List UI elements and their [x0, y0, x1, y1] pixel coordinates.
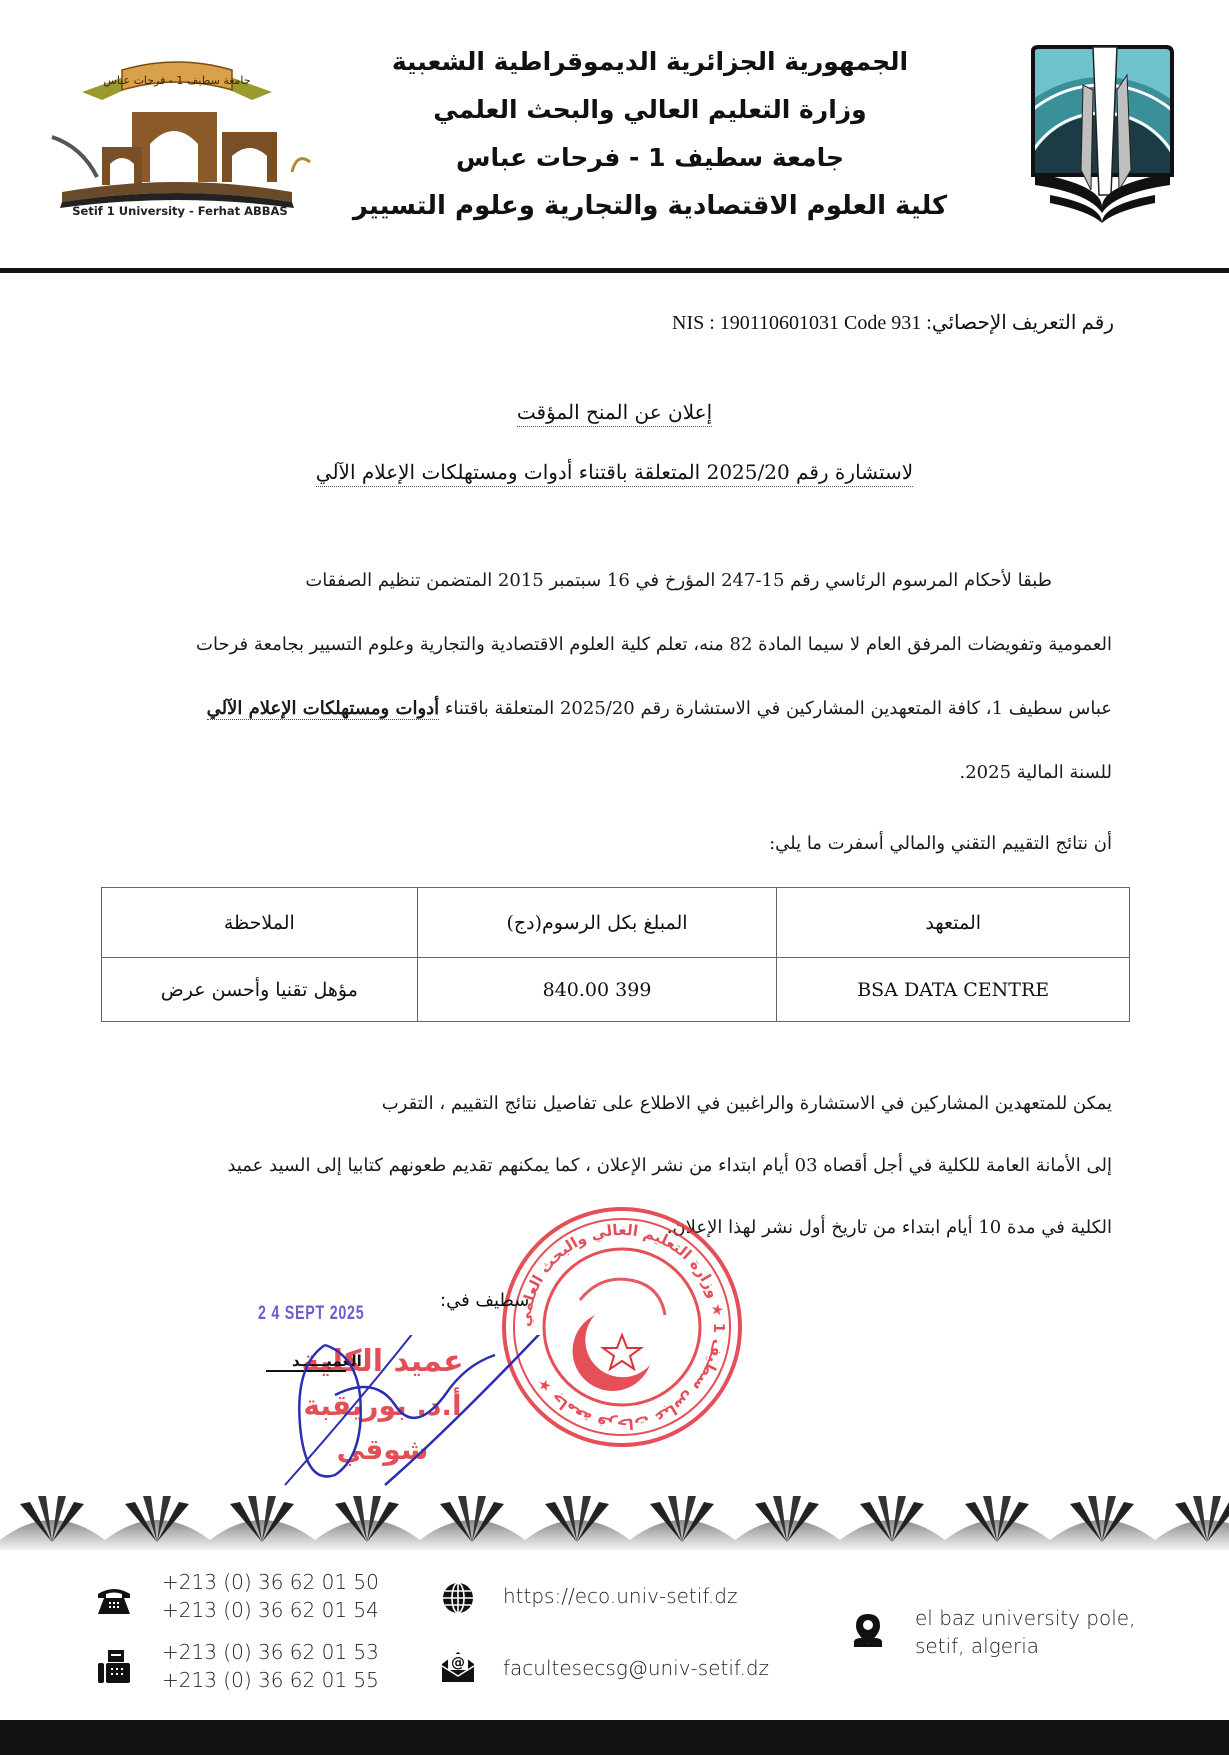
address-line: el baz university pole,: [915, 1604, 1135, 1632]
nis-label: رقم التعريف الإحصائي:: [926, 312, 1114, 334]
city-date-label: سطيف في:: [440, 1290, 529, 1311]
closing-line: إلى الأمانة العامة للكلية في أجل أقصاه 0…: [112, 1155, 1112, 1176]
website-link[interactable]: https://eco.univ-setif.dz: [503, 1582, 737, 1610]
fax-number[interactable]: +213 (0) 36 62 01 53: [162, 1638, 379, 1666]
results-intro: أن نتائج التقييم التقني والمالي أسفرت ما…: [112, 833, 1112, 863]
republic-title: الجمهورية الجزائرية الديموقراطية الشعبية: [330, 38, 970, 86]
email-link[interactable]: facultesecsg@univ-setif.dz: [503, 1654, 769, 1682]
header-note: الملاحظة: [102, 888, 418, 958]
cell-amount: 399 840.00: [417, 958, 777, 1022]
table-row: BSA DATA CENTRE 399 840.00 مؤهل تقنيا وأ…: [102, 958, 1130, 1022]
globe-icon: [440, 1580, 476, 1616]
date-stamp: 2 4 SEPT 2025: [258, 1303, 364, 1325]
faculty-title: كلية العلوم الاقتصادية والتجارية وعلوم ا…: [330, 182, 970, 230]
decorative-border: [0, 1490, 1229, 1550]
closing-line: يمكن للمتعهدين المشاركين في الاستشارة وا…: [112, 1093, 1112, 1114]
footer-contact: +213 (0) 36 62 01 50 +213 (0) 36 62 01 5…: [0, 1560, 1229, 1700]
svg-text:جامعة سطيف 1 - فرحات عباس: جامعة سطيف 1 - فرحات عباس: [103, 74, 250, 87]
footer-bar: [0, 1720, 1229, 1755]
location-pin-icon: [850, 1612, 886, 1648]
header-titles: الجمهورية الجزائرية الديموقراطية الشعبية…: [330, 38, 970, 230]
phone-number[interactable]: +213 (0) 36 62 01 54: [162, 1596, 379, 1624]
results-table: المتعهد المبلغ بكل الرسوم(دج) الملاحظة B…: [101, 887, 1130, 1022]
nis-value: NIS : 190110601031 Code 931: [672, 312, 921, 334]
announcement-title: إعلان عن المنح المؤقت: [0, 400, 1229, 424]
body-line: طبقا لأحكام المرسوم الرئاسي رقم 15-247 ا…: [112, 570, 1052, 591]
letterhead: جامعة سطيف 1 - فرحات عباس Setif 1 Univer…: [0, 0, 1229, 272]
phone-number[interactable]: +213 (0) 36 62 01 50: [162, 1568, 379, 1596]
handwritten-signature: [265, 1335, 685, 1495]
university-title: جامعة سطيف 1 - فرحات عباس: [330, 134, 970, 182]
svg-text:@: @: [451, 1655, 465, 1671]
body-line: العمومية وتفويضات المرفق العام لا سيما ا…: [112, 634, 1112, 655]
bold-subject: أدوات ومستهلكات الإعلام الآلي: [207, 698, 440, 720]
table-header-row: المتعهد المبلغ بكل الرسوم(دج) الملاحظة: [102, 888, 1130, 958]
faculty-shield-logo: [1025, 45, 1180, 223]
header-divider: [0, 268, 1229, 273]
telephone-icon: [96, 1582, 132, 1618]
announcement-subtitle: لاستشارة رقم 2025/20 المتعلقة باقتناء أد…: [0, 460, 1229, 484]
university-caption: Setif 1 University - Ferhat ABBAS: [50, 204, 310, 218]
ministry-title: وزارة التعليم العالي والبحث العلمي: [330, 86, 970, 134]
body-paragraph: طبقا لأحكام المرسوم الرئاسي رقم 15-247 ا…: [112, 570, 1112, 800]
email-icon: @: [440, 1648, 476, 1684]
header-amount: المبلغ بكل الرسوم(دج): [417, 888, 777, 958]
cell-bidder: BSA DATA CENTRE: [777, 958, 1130, 1022]
fax-icon: [96, 1648, 132, 1684]
body-line: عباس سطيف 1، كافة المتعهدين المشاركين في…: [112, 698, 1112, 719]
fax-number[interactable]: +213 (0) 36 62 01 55: [162, 1666, 379, 1694]
cell-note: مؤهل تقنيا وأحسن عرض: [102, 958, 418, 1022]
header-bidder: المتعهد: [777, 888, 1130, 958]
body-line: للسنة المالية 2025.: [112, 762, 1112, 783]
statistical-id: رقم التعريف الإحصائي: NIS : 190110601031…: [672, 310, 1114, 335]
address-line: setif, algeria: [915, 1632, 1039, 1660]
